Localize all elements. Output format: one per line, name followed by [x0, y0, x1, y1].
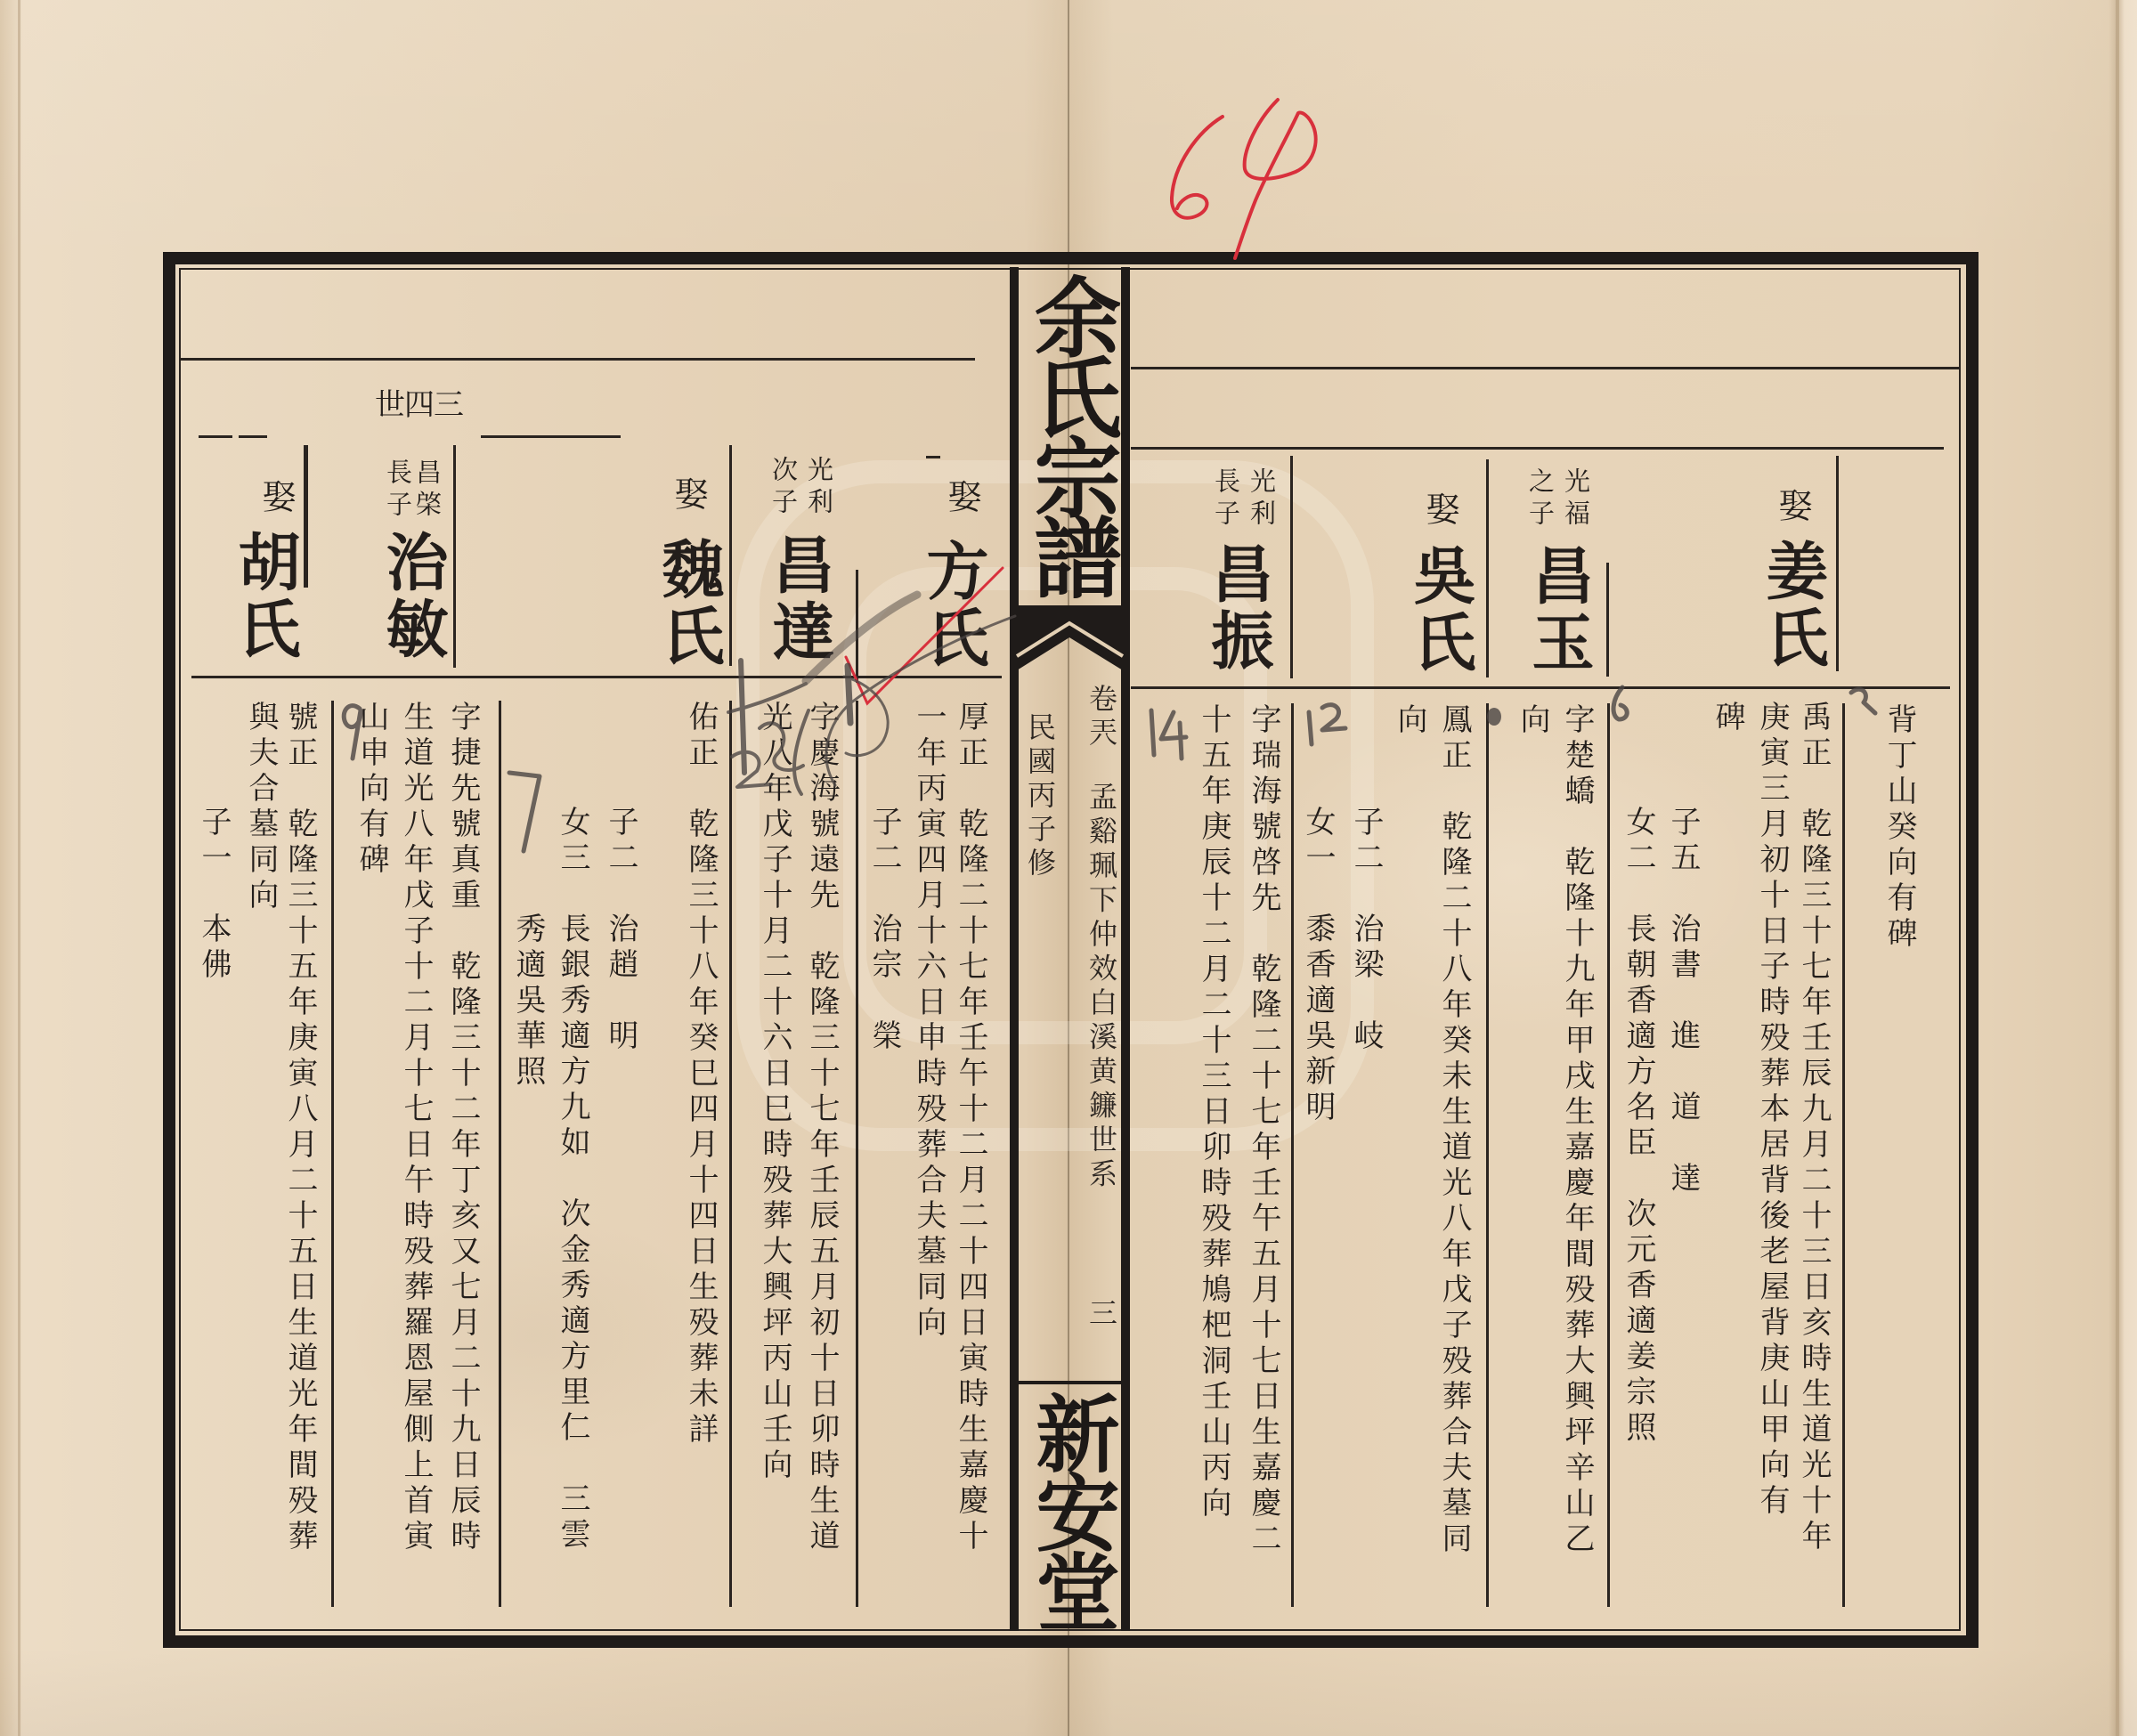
left-book-edge	[18, 0, 20, 1736]
red-page-number: 64	[1172, 100, 1316, 258]
detail-line: 佑正 乾隆三十八年癸巳四月十四日生殁葬未詳	[683, 701, 719, 1448]
marry-label: 娶	[1773, 488, 1812, 522]
person-name: 方氏	[919, 539, 987, 672]
book-title: 余氏宗譜	[1016, 272, 1125, 593]
left-divider	[331, 701, 334, 1607]
person-name: 昌玉	[1524, 543, 1592, 677]
detail-line: 字瑞海號啓先 乾隆二十七年壬午五月十七日生嘉慶二	[1246, 703, 1281, 1558]
marry-label: 娶	[1420, 491, 1459, 525]
marry-label: 娶	[669, 476, 708, 510]
detail-line: 與夫合墓同向	[243, 701, 279, 914]
left-divider	[304, 445, 308, 588]
right-divider	[1607, 703, 1610, 1607]
father-name: 光利	[804, 456, 834, 520]
left-divider	[856, 570, 858, 683]
father-name: 光福	[1561, 467, 1591, 531]
left-divider	[499, 701, 501, 1607]
edition-label: 民國丙子修	[1024, 712, 1056, 881]
detail-line: 庚寅三月初十日子時殁葬本居背後老屋背庚山甲向有	[1754, 701, 1790, 1520]
right-top-rule	[1131, 367, 1959, 369]
children-line: 子二 治宗 榮	[866, 806, 902, 1055]
person-name: 吳氏	[1406, 543, 1474, 677]
center-column-divider	[1019, 1381, 1121, 1384]
left-top-rule	[181, 358, 975, 361]
children-line: 子二 治梁 岐	[1348, 806, 1384, 1055]
daughters-line: 女三 長銀秀適方九如 次金秀適方里仁 三雲	[555, 806, 590, 1553]
father-name: 昌棨	[412, 458, 443, 523]
scanned-book-spread: 余氏宗譜 卷兲 孟谿珮下仲效白溪黄鐮世系 三 民國丙子修 新安堂 背丁山癸向有碑…	[0, 0, 2137, 1736]
detail-line: 鳳正 乾隆二十八年癸未生道光八年戊子殁葬合夫墓同	[1436, 703, 1472, 1558]
generation-label: 三四世	[375, 385, 463, 425]
relation-label: 長子	[383, 458, 413, 523]
right-divider	[1606, 563, 1609, 677]
detail-line: 向	[1392, 703, 1427, 739]
detail-line: 字慶海號遠先 乾隆三十七年壬辰五月初十日卯時生道	[804, 701, 840, 1555]
daughters-line: 女二 長朝香適方名臣 次元香適姜宗照	[1621, 806, 1656, 1447]
right-divider	[1291, 703, 1294, 1607]
relation-label: 長子	[1211, 467, 1241, 531]
children-line: 子二 治趙 明	[603, 806, 638, 1055]
left-divider	[729, 701, 732, 1607]
right-divider	[1486, 459, 1489, 677]
daughters-line: 女一 黍香適吳新明	[1300, 806, 1336, 1126]
lineage-connector	[199, 435, 232, 438]
detail-line: 碑	[1710, 701, 1745, 736]
detail-line: 十五年庚辰十二月二十三日卯時殁葬鳩杷洞壬山丙向	[1196, 703, 1231, 1522]
detail-line: 向	[1515, 703, 1550, 739]
marry-label: 娶	[942, 479, 981, 513]
detail-line: 光八年戊子十月二十六日巳時殁葬大興坪丙山壬向	[757, 701, 792, 1484]
right-divider	[1836, 456, 1839, 671]
marry-label: 娶	[256, 479, 296, 513]
person-name: 昌振	[1204, 541, 1272, 675]
detail-line: 生道光八年戊子十二月十七日午時殁葬羅恩屋側上首寅	[398, 701, 434, 1555]
right-name-band-rule	[1131, 686, 1950, 689]
left-divider	[453, 445, 456, 668]
right-divider	[1842, 703, 1845, 1607]
children-line: 子一 本佛	[196, 806, 232, 984]
left-divider	[729, 445, 732, 666]
father-name: 光利	[1247, 467, 1277, 531]
detail-line: 字捷先號真重 乾隆三十二年丁亥又七月二十九日辰時	[445, 701, 481, 1555]
right-lineage-rule	[1131, 447, 1944, 450]
person-name: 魏氏	[654, 537, 722, 670]
right-divider	[1486, 703, 1489, 1607]
daughters-line: 秀適吳華照	[510, 913, 546, 1091]
left-name-band-rule	[191, 676, 1002, 678]
hall-name: 新安堂	[1016, 1391, 1125, 1628]
left-divider	[856, 701, 858, 1607]
detail-line: 號正 乾隆三十五年庚寅八月二十五日生道光年間殁葬	[282, 701, 318, 1555]
detail-line: 一年丙寅四月十六日申時殁葬合夫墓同向	[911, 701, 947, 1342]
right-divider	[1290, 456, 1293, 678]
relation-label: 次子	[768, 456, 799, 520]
person-name: 昌達	[765, 532, 833, 666]
detail-line: 字楚蟜 乾隆十九年甲戌生嘉慶年間殁葬大興坪辛山乙	[1559, 703, 1595, 1558]
detail-line: 禹正 乾隆三十七年壬辰九月二十三日亥時生道光十年	[1796, 701, 1832, 1555]
person-name: 治敏	[378, 530, 446, 663]
leaf-number: 三	[1085, 1298, 1117, 1332]
children-line: 子五 治書 進 道 達	[1665, 806, 1701, 1197]
relation-label: 之子	[1525, 467, 1556, 531]
detail-line: 山申向有碑	[353, 701, 389, 879]
detail-line: 厚正 乾隆二十七年壬午十二月二十四日寅時生嘉慶十	[953, 701, 988, 1555]
person-name: 姜氏	[1759, 539, 1826, 672]
section-label: 孟谿珮下仲效白溪黄鐮世系	[1085, 782, 1117, 1193]
continuation-text: 背丁山癸向有碑	[1881, 703, 1917, 953]
lineage-connector	[926, 456, 940, 458]
volume-label: 卷兲	[1085, 684, 1117, 751]
lineage-connector	[239, 435, 267, 438]
person-name: 胡氏	[231, 530, 298, 663]
lineage-connector	[481, 435, 621, 438]
right-book-edge	[2116, 0, 2119, 1736]
